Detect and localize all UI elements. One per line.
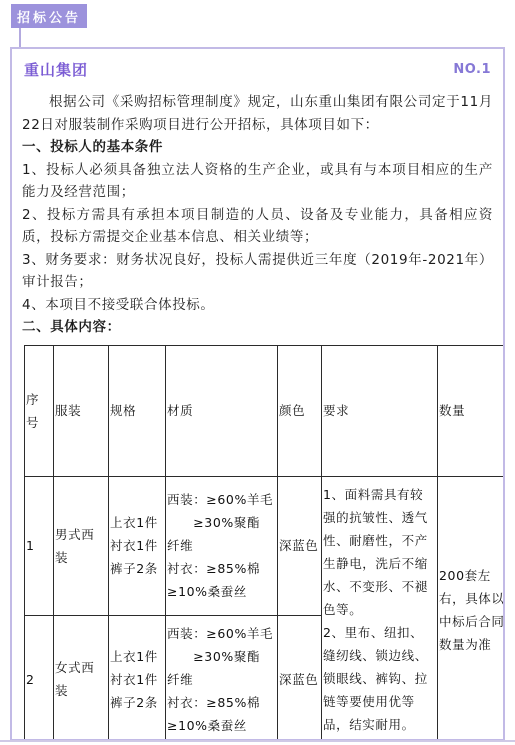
announcement-card: 重山集团 NO.1 根据公司《采购招标管理制度》规定，山东重山集团有限公司定于1… (10, 47, 505, 741)
cell-spec: 上衣1件 衬衣1件 裤子2条 (109, 476, 166, 615)
cell-clothing: 男式西装 (54, 476, 109, 615)
header-cell-clothing: 服装 (54, 345, 109, 476)
section1-title: 一、投标人的基本条件 (22, 136, 493, 159)
cell-spec: 上衣1件 衬衣1件 裤子2条 (109, 615, 166, 741)
header-cell-requirements: 要求 (322, 345, 438, 476)
header-cell-color: 颜色 (278, 345, 322, 476)
cell-color: 深蓝色 (278, 476, 322, 615)
header-cell-spec: 规格 (109, 345, 166, 476)
table-row: 1 男式西装 上衣1件 衬衣1件 裤子2条 西装：≥60%羊毛 ≥30%聚酯 纤… (25, 476, 506, 615)
section2-title: 二、具体内容： (22, 316, 493, 339)
condition-item-1: 1、投标人必须具备独立法人资格的生产企业，或具有与本项目相应的生产能力及经营范围… (22, 159, 493, 204)
cell-clothing: 女式西装 (54, 615, 109, 741)
window-bottom-edge (0, 740, 515, 742)
notice-tab-badge[interactable]: 招标公告 (11, 4, 87, 28)
cell-no: 1 (25, 476, 54, 615)
cell-requirements-merged: 1、面料需具有较强的抗皱性、透气性、耐磨性，不产生静电，洗后不缩水、不变形、不褪… (322, 476, 438, 741)
cell-quantity-merged: 200套左右，具体以中标后合同数量为准 (438, 476, 506, 741)
table-header-row: 序号 服装 规格 材质 颜色 要求 数量 (25, 345, 506, 476)
card-header: 重山集团 NO.1 (24, 59, 491, 79)
intro-paragraph: 根据公司《采购招标管理制度》规定，山东重山集团有限公司定于11月22日对服装制作… (22, 91, 493, 136)
condition-item-2: 2、投标方需具有承担本项目制造的人员、设备及专业能力，具备相应资质，投标方需提交… (22, 204, 493, 249)
condition-item-3: 3、财务要求：财务状况良好，投标人需提供近三年度（2019年-2021年）审计报… (22, 249, 493, 294)
header-cell-no: 序号 (25, 345, 54, 476)
badge-connector-line (19, 28, 21, 48)
specification-table: 序号 服装 规格 材质 颜色 要求 数量 1 男式西装 上衣1件 衬衣1件 裤子… (24, 345, 505, 742)
cell-material: 西装：≥60%羊毛 ≥30%聚酯 纤维 衬衣：≥85%棉 ≥10%桑蚕丝 (166, 476, 278, 615)
cell-material: 西装：≥60%羊毛 ≥30%聚酯 纤维 衬衣：≥85%棉 ≥10%桑蚕丝 (166, 615, 278, 741)
document-number: NO.1 (453, 62, 491, 77)
announcement-body: 根据公司《采购招标管理制度》规定，山东重山集团有限公司定于11月22日对服装制作… (22, 91, 493, 741)
cell-color: 深蓝色 (278, 615, 322, 741)
header-cell-quantity: 数量 (438, 345, 506, 476)
cell-no: 2 (25, 615, 54, 741)
company-title: 重山集团 (24, 59, 88, 80)
header-cell-material: 材质 (166, 345, 278, 476)
condition-item-4: 4、本项目不接受联合体投标。 (22, 294, 493, 317)
